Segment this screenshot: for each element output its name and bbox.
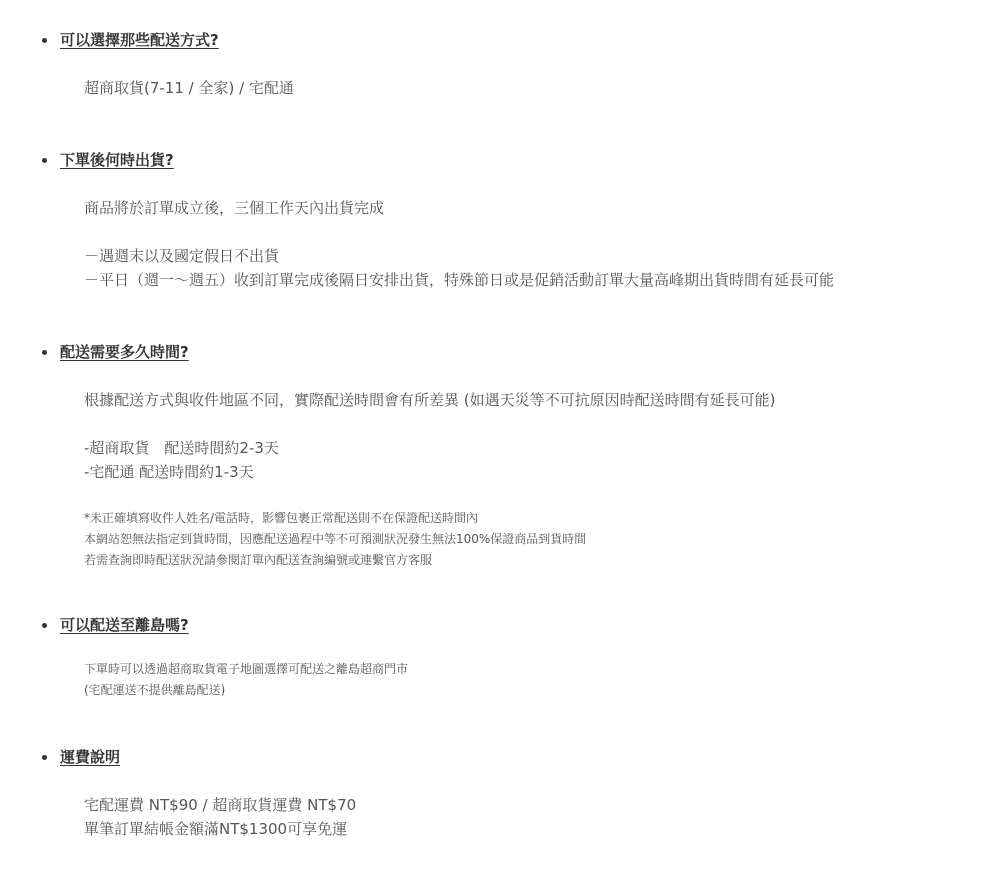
bullet-icon [42,623,47,628]
answer-line: 本網站恕無法指定到貨時間，因應配送過程中等不可預測狀況發生無法100%保證商品到… [84,529,586,550]
answer-line: －遇週末以及國定假日不出貨 [84,244,834,268]
bullet-icon [42,158,47,163]
faq-answer-notes: －遇週末以及國定假日不出貨 －平日（週一～週五）收到訂單完成後隔日安排出貨，特殊… [84,244,834,292]
faq-answer: 商品將於訂單成立後，三個工作天內出貨完成 [84,196,384,220]
faq-question: 配送需要多久時間? [60,342,189,362]
faq-question: 下單後何時出貨? [60,150,174,170]
faq-question: 可以選擇那些配送方式? [60,30,219,50]
faq-answer: 根據配送方式與收件地區不同，實際配送時間會有所差異 (如遇天災等不可抗原因時配送… [84,388,775,412]
bullet-icon [42,350,47,355]
answer-line: －平日（週一～週五）收到訂單完成後隔日安排出貨，特殊節日或是促銷活動訂單大量高峰… [84,268,834,292]
faq-answer-durations: -超商取貨 配送時間約2-3天 -宅配通 配送時間約1-3天 [84,436,279,484]
answer-line: -超商取貨 配送時間約2-3天 [84,436,279,460]
bullet-icon [42,755,47,760]
answer-line: 超商取貨(7-11 / 全家) / 宅配通 [84,76,294,100]
bullet-icon [42,38,47,43]
faq-answer: 宅配運費 NT$90 / 超商取貨運費 NT$70 單筆訂單結帳金額滿NT$13… [84,793,356,841]
faq-answer: 下單時可以透過超商取貨電子地圖選擇可配送之離島超商門市 (宅配運送不提供離島配送… [84,659,408,701]
faq-answer-disclaimer: *未正確填寫收件人姓名/電話時，影響包裹正常配送則不在保證配送時間內 本網站恕無… [84,508,586,571]
faq-answer: 超商取貨(7-11 / 全家) / 宅配通 [84,76,294,100]
answer-line: 宅配運費 NT$90 / 超商取貨運費 NT$70 [84,793,356,817]
answer-line: -宅配通 配送時間約1-3天 [84,460,279,484]
answer-line: (宅配運送不提供離島配送) [84,680,408,701]
answer-line: 商品將於訂單成立後，三個工作天內出貨完成 [84,196,384,220]
faq-question: 運費說明 [60,747,120,767]
faq-question: 可以配送至離島嗎? [60,615,189,635]
answer-line: 下單時可以透過超商取貨電子地圖選擇可配送之離島超商門市 [84,659,408,680]
answer-line: 若需查詢即時配送狀況請參閱訂單內配送查詢編號或連繫官方客服 [84,550,586,571]
answer-line: 單筆訂單結帳金額滿NT$1300可享免運 [84,817,356,841]
answer-line: 根據配送方式與收件地區不同，實際配送時間會有所差異 (如遇天災等不可抗原因時配送… [84,388,775,412]
answer-line: *未正確填寫收件人姓名/電話時，影響包裹正常配送則不在保證配送時間內 [84,508,586,529]
